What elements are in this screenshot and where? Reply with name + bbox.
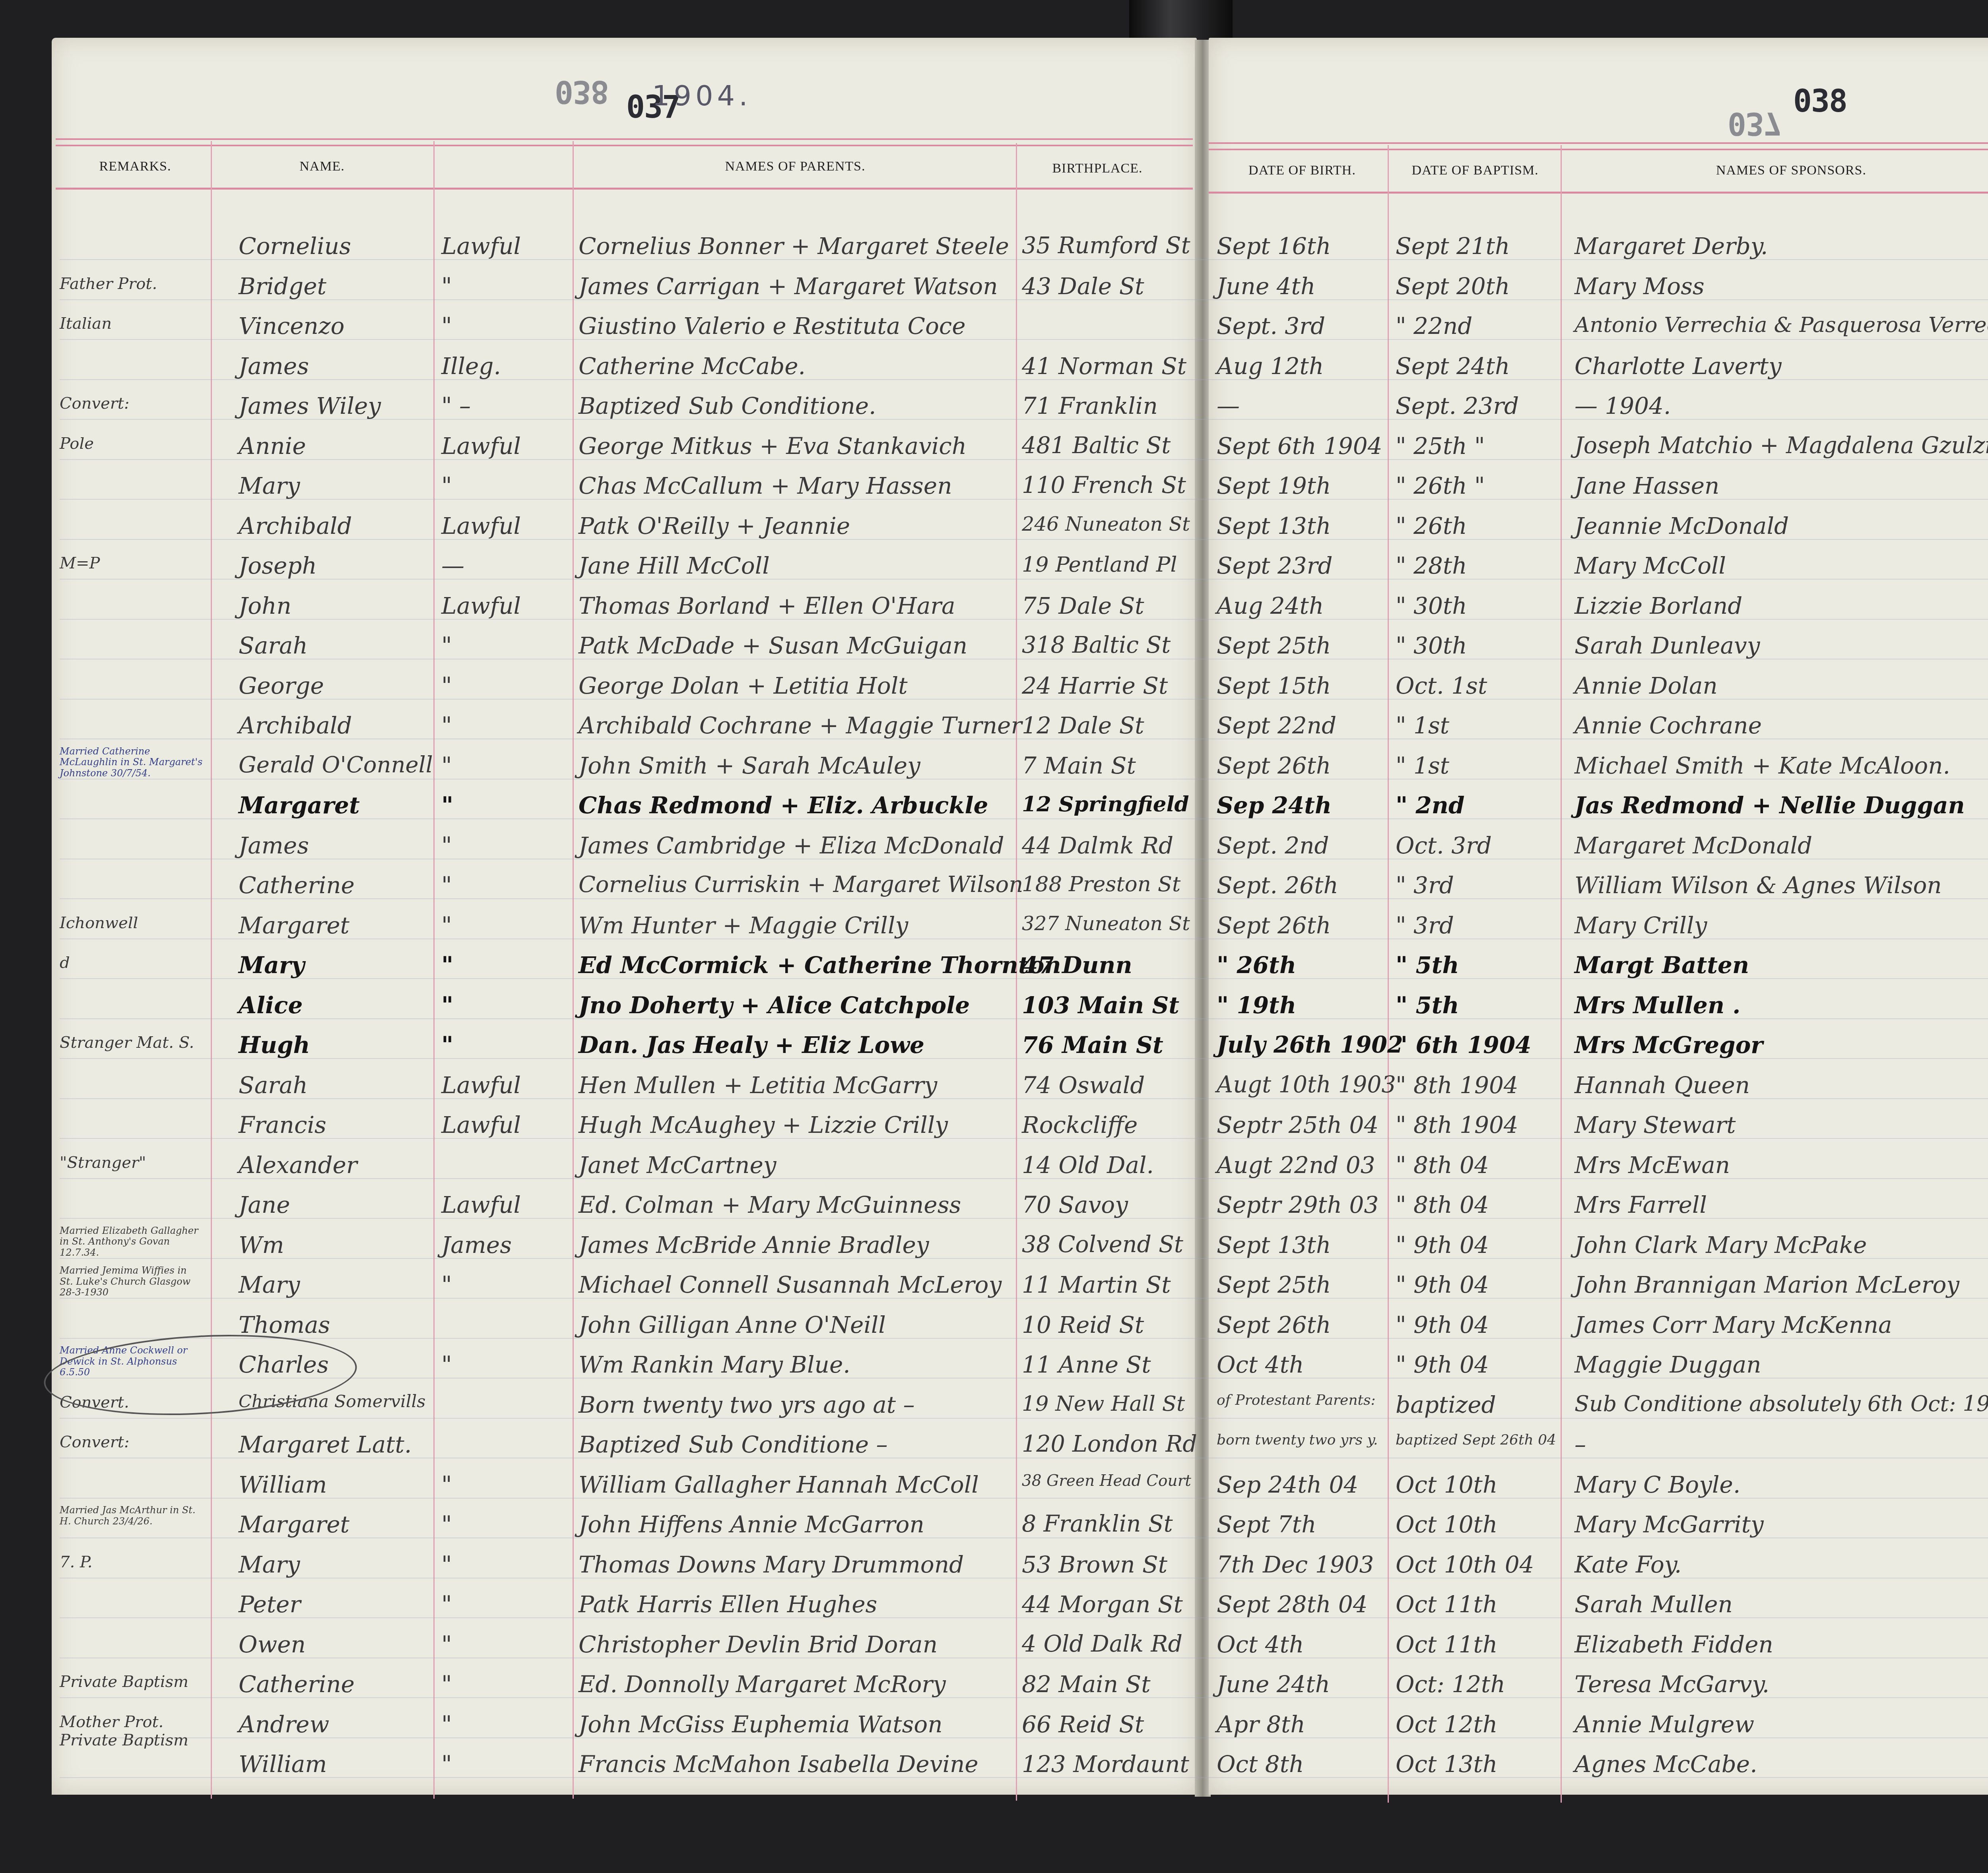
parents-cell: Thomas Downs Mary Drummond (579, 1553, 964, 1576)
remarks-cell: Convert: (60, 1433, 203, 1451)
birthplace-cell: 110 French St (1022, 474, 1186, 497)
birthplace-cell: 19 Pentland Pl (1022, 554, 1177, 575)
child-name-cell: Hugh (239, 1033, 310, 1057)
legitimacy-cell: " (441, 275, 452, 298)
ledger-rule (60, 339, 1988, 340)
birthplace-cell: 481 Baltic St (1022, 434, 1171, 457)
child-name-cell: Mary (239, 1273, 300, 1296)
birthplace-cell: 38 Green Head Court (1022, 1473, 1191, 1489)
sponsors-cell: Lizzie Borland (1574, 594, 1742, 617)
birthplace-cell: 53 Brown St (1022, 1553, 1167, 1576)
child-name-cell: Gerald O'Connell (239, 754, 433, 776)
birthplace-cell: 38 Colvend St (1022, 1233, 1183, 1256)
sponsors-cell: John Brannigan Marion McLeroy (1574, 1273, 1959, 1296)
birthplace-cell: 12 Dale St (1022, 714, 1144, 737)
child-name-cell: Vincenzo (239, 314, 344, 337)
sponsors-cell: Sarah Dunleavy (1574, 634, 1760, 657)
date-of-baptism-cell: " 26th (1396, 514, 1467, 537)
col-header-sponsors: Names of Sponsors. (1563, 163, 1988, 178)
child-name-cell: Sarah (239, 634, 308, 657)
legitimacy-cell: " (441, 1713, 452, 1736)
legitimacy-cell: Lawful (441, 1193, 521, 1216)
child-name-cell: Catherine (239, 874, 355, 897)
birthplace-cell: 12 Springfield (1022, 794, 1189, 815)
child-name-cell: Margaret (239, 794, 360, 817)
sponsors-cell: Mrs Mullen . (1574, 994, 1741, 1017)
child-name-cell: Mary (239, 1553, 300, 1576)
birthplace-cell: 19 New Hall St (1022, 1393, 1185, 1414)
legitimacy-cell: " (441, 1353, 452, 1376)
parents-cell: Born twenty two yrs ago at – (579, 1393, 915, 1416)
birthplace-cell: 43 Dale St (1022, 275, 1144, 298)
col-header-name: Name. (215, 159, 429, 174)
register-year: 1904. (652, 79, 751, 112)
date-of-birth-cell: Oct 4th (1217, 1353, 1304, 1376)
legitimacy-cell: " (441, 1673, 452, 1696)
child-name-cell: Margaret Latt. (239, 1433, 412, 1456)
sponsors-cell: Annie Mulgrew (1574, 1713, 1754, 1736)
birthplace-cell: 24 Harrie St (1022, 674, 1168, 697)
parents-cell: Catherine McCabe. (579, 355, 806, 378)
birthplace-cell: 120 London Rd (1022, 1433, 1197, 1456)
birthplace-cell: 188 Preston St (1022, 874, 1180, 895)
child-name-cell: George (239, 674, 324, 697)
date-of-birth-cell: Oct 4th (1217, 1633, 1304, 1656)
legitimacy-cell: " (441, 1473, 452, 1496)
sponsors-cell: Agnes McCabe. (1574, 1753, 1757, 1776)
date-of-baptism-cell: " 30th (1396, 634, 1467, 657)
birthplace-cell: 8 Franklin St (1022, 1513, 1173, 1536)
parents-cell: Patk McDade + Susan McGuigan (579, 634, 967, 657)
sponsors-cell: Jeannie McDonald (1574, 514, 1789, 537)
sponsors-cell: Mary Moss (1574, 275, 1705, 298)
date-of-baptism-cell: " 9th 04 (1396, 1233, 1489, 1256)
legitimacy-cell: " (441, 714, 452, 737)
remarks-cell: Mother Prot. Private Baptism (60, 1713, 203, 1749)
date-of-baptism-cell: Oct 12th (1396, 1713, 1497, 1736)
remarks-cell: Italian (60, 314, 203, 333)
child-name-cell: Annie (239, 434, 306, 458)
child-name-cell: Peter (239, 1593, 301, 1616)
legitimacy-cell: " (441, 1513, 452, 1536)
date-of-baptism-cell: baptized Sept 26th 04 (1396, 1433, 1556, 1447)
legitimacy-cell: " (441, 834, 452, 857)
date-of-birth-cell: Septr 25th 04 (1217, 1113, 1378, 1136)
legitimacy-cell: " (441, 954, 453, 977)
date-of-birth-cell: June 24th (1217, 1673, 1330, 1696)
date-of-birth-cell: July 26th 1902 (1217, 1033, 1403, 1056)
legitimacy-cell: " (441, 474, 452, 497)
parents-cell: Francis McMahon Isabella Devine (579, 1753, 978, 1776)
date-of-birth-cell: Augt 22nd 03 (1217, 1154, 1375, 1177)
date-of-birth-cell: June 4th (1217, 275, 1315, 298)
parents-cell: Jno Doherty + Alice Catchpole (579, 994, 970, 1017)
col-divider (573, 141, 574, 1799)
date-of-baptism-cell: " 8th 04 (1396, 1154, 1489, 1177)
child-name-cell: Mary (239, 474, 300, 497)
date-of-baptism-cell: " 2nd (1396, 794, 1465, 817)
parents-cell: Dan. Jas Healy + Eliz Lowe (579, 1033, 924, 1057)
birthplace-cell: 75 Dale St (1022, 594, 1144, 617)
legitimacy-cell: Lawful (441, 235, 521, 258)
parents-cell: Ed. Colman + Mary McGuinness (579, 1193, 961, 1216)
remarks-cell: Married Jemima Wiffies in St. Luke's Chu… (60, 1265, 203, 1298)
date-of-birth-cell: Aug 12th (1217, 355, 1324, 378)
legitimacy-cell: " (441, 1753, 452, 1776)
sponsors-cell: Mary McGarrity (1574, 1513, 1764, 1536)
legitimacy-cell: " (441, 314, 452, 337)
date-of-baptism-cell: " 1st (1396, 754, 1449, 777)
sponsors-cell: Hannah Queen (1574, 1074, 1750, 1097)
child-name-cell: William (239, 1753, 327, 1776)
date-of-birth-cell: — (1217, 394, 1240, 417)
sponsors-cell: Mrs McGregor (1574, 1033, 1763, 1057)
date-of-birth-cell: Oct 8th (1217, 1753, 1304, 1776)
date-of-birth-cell: " 19th (1217, 994, 1296, 1017)
birthplace-cell: 327 Nuneaton St (1022, 914, 1190, 933)
remarks-cell: Married Elizabeth Gallagher in St. Antho… (60, 1225, 203, 1258)
child-name-cell: Andrew (239, 1713, 329, 1736)
child-name-cell: Wm (239, 1233, 284, 1256)
sponsors-cell: Mary Stewart (1574, 1113, 1736, 1136)
date-of-baptism-cell: Sept 21th (1396, 235, 1510, 258)
date-of-baptism-cell: " 26th " (1396, 474, 1485, 497)
date-of-birth-cell: Aug 24th (1217, 594, 1324, 617)
birthplace-cell: 47 Dunn (1022, 954, 1132, 977)
date-of-baptism-cell: Oct. 1st (1396, 674, 1487, 697)
legitimacy-cell: " (441, 1553, 452, 1576)
parents-cell: Wm Rankin Mary Blue. (579, 1353, 850, 1376)
parents-cell: Hugh McAughey + Lizzie Crilly (579, 1113, 948, 1136)
birthplace-cell: 70 Savoy (1022, 1193, 1128, 1216)
date-of-birth-cell: born twenty two yrs y. (1217, 1433, 1378, 1447)
date-of-birth-cell: Sep 24th (1217, 794, 1332, 817)
date-of-birth-cell: Sept 15th (1217, 674, 1331, 697)
date-of-baptism-cell: Sept 24th (1396, 355, 1510, 378)
sponsors-cell: Mary Crilly (1574, 914, 1707, 937)
col-divider (1388, 145, 1389, 1803)
parents-cell: Jane Hill McColl (579, 554, 770, 577)
remarks-cell: 7. P. (60, 1553, 203, 1571)
sponsors-cell: Michael Smith + Kate McAloon. (1574, 754, 1950, 777)
col-divider (1561, 145, 1562, 1803)
remarks-cell: Married Catherine McLaughlin in St. Marg… (60, 746, 203, 779)
parents-cell: Patk O'Reilly + Jeannie (579, 514, 850, 537)
date-of-birth-cell: Sept 25th (1217, 1273, 1331, 1296)
date-of-baptism-cell: " 28th (1396, 554, 1467, 577)
birthplace-cell: 7 Main St (1022, 754, 1136, 777)
date-of-birth-cell: Sept. 3rd (1217, 314, 1325, 337)
child-name-cell: Margaret (239, 1513, 349, 1536)
legitimacy-cell: " (441, 994, 453, 1017)
birthplace-cell: 11 Martin St (1022, 1273, 1171, 1296)
birthplace-cell: 76 Main St (1022, 1033, 1163, 1057)
date-of-baptism-cell: " 1st (1396, 714, 1449, 737)
child-name-cell: James Wiley (239, 394, 381, 417)
date-of-birth-cell: Sept 26th (1217, 754, 1331, 777)
sponsors-cell: Charlotte Laverty (1574, 355, 1782, 378)
date-of-birth-cell: Sept 7th (1217, 1513, 1316, 1536)
child-name-cell: Catherine (239, 1673, 355, 1696)
birthplace-cell: 44 Morgan St (1022, 1593, 1183, 1616)
parents-cell: Chas Redmond + Eliz. Arbuckle (579, 794, 988, 817)
date-of-birth-cell: Sept 26th (1217, 914, 1331, 937)
birthplace-cell: 74 Oswald (1022, 1074, 1145, 1097)
left-header-bottom-rule (56, 188, 1193, 190)
sponsors-cell: Elizabeth Fidden (1574, 1633, 1773, 1656)
legitimacy-cell: " (441, 1273, 452, 1296)
child-name-cell: Francis (239, 1113, 326, 1136)
sponsors-cell: Sub Conditione absolutely 6th Oct: 1904 (1574, 1393, 1988, 1415)
date-of-birth-cell: Sept. 26th (1217, 874, 1338, 897)
legitimacy-cell: Lawful (441, 1113, 521, 1136)
col-divider (433, 141, 435, 1799)
date-of-birth-cell: Sept 28th 04 (1217, 1593, 1368, 1616)
legitimacy-cell: " (441, 1633, 452, 1656)
sponsors-cell: — 1904. (1574, 394, 1671, 417)
date-of-baptism-cell: " 22nd (1396, 314, 1472, 337)
parents-cell: Archibald Cochrane + Maggie Turner (579, 714, 1022, 737)
parents-cell: Hen Mullen + Letitia McGarry (579, 1074, 937, 1097)
birthplace-cell: 82 Main St (1022, 1673, 1151, 1696)
birthplace-cell: 246 Nuneaton St (1022, 514, 1190, 534)
parents-cell: Michael Connell Susannah McLeroy (579, 1273, 1002, 1296)
date-of-baptism-cell: Oct 10th 04 (1396, 1553, 1534, 1576)
child-name-cell: Thomas (239, 1313, 330, 1336)
date-of-baptism-cell: " 5th (1396, 954, 1459, 977)
left-page-number-ghost: 038 (555, 74, 608, 109)
legitimacy-cell: — (441, 554, 464, 577)
date-of-birth-cell: Augt 10th 1903 (1217, 1074, 1396, 1096)
child-name-cell: William (239, 1473, 327, 1496)
legitimacy-cell: James (441, 1233, 512, 1256)
child-name-cell: Alice (239, 994, 303, 1017)
legitimacy-cell: " (441, 914, 452, 937)
date-of-baptism-cell: " 9th 04 (1396, 1313, 1489, 1336)
birthplace-cell: 123 Mordaunt (1022, 1753, 1189, 1776)
remarks-cell: Married Jas McArthur in St. H. Church 23… (60, 1505, 203, 1527)
child-name-cell: Owen (239, 1633, 306, 1656)
date-of-baptism-cell: " 8th 1904 (1396, 1074, 1518, 1097)
right-page-number: 038 (1793, 83, 1847, 119)
col-header-remarks: Remarks. (64, 159, 207, 174)
parents-cell: William Gallagher Hannah McColl (579, 1473, 979, 1496)
ledger-rule (60, 1418, 1988, 1419)
child-name-cell: Archibald (239, 714, 352, 737)
remarks-cell: M=P (60, 554, 203, 572)
birthplace-cell: 66 Reid St (1022, 1713, 1144, 1736)
date-of-birth-cell: 7th Dec 1903 (1217, 1553, 1374, 1576)
child-name-cell: Alexander (239, 1154, 357, 1177)
remarks-cell: Private Baptism (60, 1673, 203, 1691)
date-of-birth-cell: Sept 6th 1904 (1217, 434, 1382, 458)
date-of-birth-cell: Sept 22nd (1217, 714, 1336, 737)
child-name-cell: Sarah (239, 1074, 308, 1097)
legitimacy-cell: Lawful (441, 594, 521, 617)
parents-cell: Ed McCormick + Catherine Thornton (579, 954, 1061, 977)
sponsors-cell: Mrs McEwan (1574, 1154, 1730, 1177)
sponsors-cell: Annie Dolan (1574, 674, 1718, 697)
date-of-baptism-cell: Oct 10th (1396, 1513, 1497, 1536)
sponsors-cell: James Corr Mary McKenna (1574, 1313, 1892, 1336)
date-of-baptism-cell: " 6th 1904 (1396, 1033, 1531, 1057)
sponsors-cell: Jane Hassen (1574, 474, 1719, 497)
sponsors-cell: Annie Cochrane (1574, 714, 1762, 737)
date-of-birth-cell: Septr 29th 03 (1217, 1193, 1378, 1216)
book-gutter (1195, 40, 1211, 1797)
col-divider (211, 141, 212, 1799)
legitimacy-cell: Lawful (441, 514, 521, 537)
sponsors-cell: Mrs Farrell (1574, 1193, 1707, 1216)
legitimacy-cell: Lawful (441, 1074, 521, 1097)
date-of-birth-cell: Sept 26th (1217, 1313, 1331, 1336)
legitimacy-cell: Lawful (441, 434, 521, 458)
sponsors-cell: Joseph Matchio + Magdalena Gzulziskas (1574, 434, 1988, 457)
sponsors-cell: Margaret Derby. (1574, 235, 1768, 258)
birthplace-cell: 44 Dalmk Rd (1022, 834, 1173, 857)
parents-cell: John Gilligan Anne O'Neill (579, 1313, 886, 1336)
date-of-baptism-cell: " 30th (1396, 594, 1467, 617)
sponsors-cell: – (1574, 1433, 1586, 1456)
date-of-birth-cell: " 26th (1217, 954, 1296, 977)
sponsors-cell: Margt Batten (1574, 954, 1749, 977)
legitimacy-cell: " (441, 674, 452, 697)
parents-cell: Baptized Sub Conditione. (579, 394, 876, 417)
remarks-cell: Father Prot. (60, 275, 203, 293)
parents-cell: John Smith + Sarah McAuley (579, 754, 920, 777)
legitimacy-cell: " (441, 1593, 452, 1616)
parents-cell: Thomas Borland + Ellen O'Hara (579, 594, 955, 617)
col-header-parents: Names of Parents. (577, 159, 1014, 174)
child-name-cell: Archibald (239, 514, 352, 537)
remarks-cell: Pole (60, 434, 203, 453)
parents-cell: John McGiss Euphemia Watson (579, 1713, 943, 1736)
right-header-top-rule (1209, 142, 1988, 150)
date-of-baptism-cell: Oct 10th (1396, 1473, 1497, 1496)
remarks-cell: Stranger Mat. S. (60, 1033, 203, 1052)
date-of-baptism-cell: baptized (1396, 1393, 1496, 1416)
parents-cell: Giustino Valerio e Restituta Coce (579, 314, 966, 337)
date-of-baptism-cell: " 9th 04 (1396, 1273, 1489, 1296)
child-name-cell: Mary (239, 954, 305, 977)
birthplace-cell: 103 Main St (1022, 994, 1179, 1017)
date-of-birth-cell: Sept 23rd (1217, 554, 1333, 577)
birthplace-cell: 10 Reid St (1022, 1313, 1144, 1336)
remarks-cell: Ichonwell (60, 914, 203, 932)
date-of-baptism-cell: Sept. 23rd (1396, 394, 1519, 417)
legitimacy-cell: " (441, 1033, 453, 1057)
right-header-bottom-rule (1209, 192, 1988, 194)
sponsors-cell: Margaret McDonald (1574, 834, 1812, 857)
date-of-birth-cell: Sept. 2nd (1217, 834, 1329, 857)
date-of-birth-cell: Sep 24th 04 (1217, 1473, 1358, 1496)
sponsors-cell: John Clark Mary McPake (1574, 1233, 1867, 1256)
date-of-baptism-cell: Sept 20th (1396, 275, 1510, 298)
date-of-baptism-cell: " 8th 04 (1396, 1193, 1489, 1216)
ledger-rule (60, 459, 1988, 460)
date-of-baptism-cell: " 25th " (1396, 434, 1485, 458)
child-name-cell: Joseph (239, 554, 317, 577)
sponsors-cell: Antonio Verrechia & Pasquerosa Verrechia (1574, 314, 1988, 335)
child-name-cell: John (239, 594, 291, 617)
parents-cell: Cornelius Curriskin + Margaret Wilson (579, 874, 1023, 896)
sponsors-cell: Mary McColl (1574, 554, 1726, 577)
child-name-cell: James (239, 355, 309, 378)
date-of-baptism-cell: Oct. 3rd (1396, 834, 1492, 857)
col-header-date-of-birth: Date of Birth. (1217, 163, 1388, 178)
legitimacy-cell: " (441, 754, 452, 777)
birthplace-cell: 14 Old Dal. (1022, 1154, 1154, 1177)
birthplace-cell: 35 Rumford St (1022, 235, 1190, 257)
parents-cell: Patk Harris Ellen Hughes (579, 1593, 877, 1616)
date-of-birth-cell: Sept 25th (1217, 634, 1331, 657)
date-of-baptism-cell: " 8th 1904 (1396, 1113, 1518, 1136)
date-of-baptism-cell: " 3rd (1396, 914, 1454, 937)
child-name-cell: Bridget (239, 275, 326, 298)
col-header-date-of-baptism: Date of Baptism. (1390, 163, 1561, 178)
parents-cell: Chas McCallum + Mary Hassen (579, 474, 952, 497)
date-of-birth-cell: of Protestant Parents: (1217, 1393, 1376, 1408)
date-of-birth-cell: Sept 13th (1217, 1233, 1331, 1256)
date-of-birth-cell: Sept 16th (1217, 235, 1331, 258)
birthplace-cell: 11 Anne St (1022, 1353, 1151, 1376)
date-of-baptism-cell: Oct 11th (1396, 1633, 1497, 1656)
child-name-cell: James (239, 834, 309, 857)
remarks-cell: Convert: (60, 394, 203, 413)
parents-cell: Cornelius Bonner + Margaret Steele (579, 235, 1009, 258)
birthplace-cell: 71 Franklin (1022, 394, 1158, 417)
date-of-birth-cell: Apr 8th (1217, 1713, 1305, 1736)
left-header-top-rule (56, 138, 1193, 146)
date-of-baptism-cell: " 9th 04 (1396, 1353, 1489, 1376)
parents-cell: James Cambridge + Eliza McDonald (579, 834, 1004, 857)
parents-cell: John Hiffens Annie McGarron (579, 1513, 924, 1536)
parents-cell: James McBride Annie Bradley (579, 1233, 929, 1256)
legitimacy-cell: " (441, 874, 452, 897)
date-of-birth-cell: Sept 19th (1217, 474, 1331, 497)
sponsors-cell: Maggie Duggan (1574, 1353, 1761, 1376)
date-of-baptism-cell: Oct: 12th (1396, 1673, 1505, 1696)
parents-cell: Wm Hunter + Maggie Crilly (579, 914, 908, 937)
date-of-birth-cell: Sept 13th (1217, 514, 1331, 537)
parents-cell: James Carrigan + Margaret Watson (579, 275, 998, 298)
sponsors-cell: William Wilson & Agnes Wilson (1574, 874, 1942, 897)
parents-cell: George Mitkus + Eva Stankavich (579, 434, 967, 458)
child-name-cell: Cornelius (239, 235, 351, 258)
col-header-birthplace: Birthplace. (1018, 161, 1177, 176)
remarks-cell: "Stranger" (60, 1154, 203, 1172)
birthplace-cell: 41 Norman St (1022, 355, 1186, 378)
child-name-cell: Jane (239, 1193, 290, 1216)
birthplace-cell: Rockcliffe (1022, 1113, 1138, 1136)
date-of-baptism-cell: Oct 13th (1396, 1753, 1497, 1776)
legitimacy-cell: " – (441, 394, 471, 417)
birthplace-cell: 318 Baltic St (1022, 634, 1171, 657)
parents-cell: Janet McCartney (579, 1154, 777, 1177)
sponsors-cell: Kate Foy. (1574, 1553, 1681, 1576)
date-of-baptism-cell: " 5th (1396, 994, 1459, 1017)
parents-cell: Christopher Devlin Brid Doran (579, 1633, 938, 1656)
remarks-cell: d (60, 954, 203, 972)
sponsors-cell: Sarah Mullen (1574, 1593, 1733, 1616)
birthplace-cell: 4 Old Dalk Rd (1022, 1633, 1182, 1656)
right-page-number-ghost: 037 (1728, 105, 1781, 141)
legitimacy-cell: Illeg. (441, 355, 501, 378)
sponsors-cell: Jas Redmond + Nellie Duggan (1574, 794, 1965, 817)
date-of-baptism-cell: Oct 11th (1396, 1593, 1497, 1616)
child-name-cell: Margaret (239, 914, 349, 937)
sponsors-cell: Teresa McGarvy. (1574, 1673, 1769, 1696)
